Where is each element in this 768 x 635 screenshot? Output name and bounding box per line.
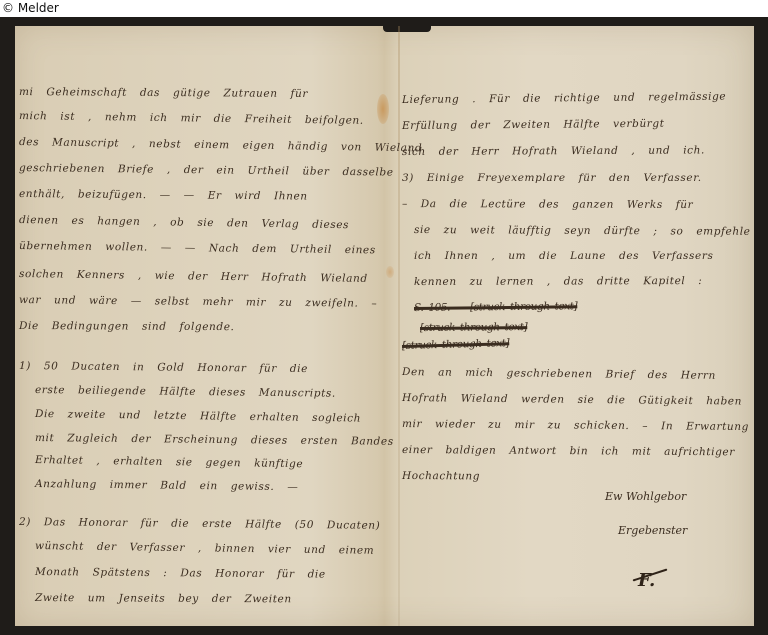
- handwritten-line: Anzahlung immer Bald ein gewiss. —: [35, 478, 299, 493]
- handwritten-line: wünscht der Verfasser , binnen vier und …: [35, 540, 374, 557]
- struck-through-line: S. 105. — [struck through text]: [414, 300, 577, 314]
- handwritten-line: Erhaltet , erhalten sie gegen künftige: [35, 454, 303, 470]
- struck-through-line: [struck through text]: [420, 321, 527, 334]
- letter-sheet: mi Geheimschaft das gütige Zutrauen für …: [15, 26, 754, 626]
- handwritten-line: Monath Spätstens : Das Honorar für die: [35, 566, 326, 581]
- left-page: mi Geheimschaft das gütige Zutrauen für …: [15, 26, 398, 626]
- closing-salutation: Ew Wohlgebor: [605, 490, 686, 503]
- handwritten-line: Erfüllung der Zweiten Hälfte verbürgt: [402, 118, 665, 132]
- handwritten-line: Hochachtung: [402, 470, 480, 482]
- handwritten-line: des Manuscript , nebst einem eigen händi…: [19, 136, 422, 154]
- handwritten-line: erste beiliegende Hälfte dieses Manuscri…: [35, 384, 336, 400]
- handwritten-line: war und wäre — selbst mehr mir zu zweife…: [19, 294, 377, 310]
- handwritten-line: Die zweite und letzte Hälfte erhalten so…: [35, 408, 361, 425]
- copyright-icon: ©: [2, 1, 14, 15]
- handwritten-line: Lieferung . Für die richtige und regelmä…: [402, 91, 726, 106]
- handwritten-line: 3) Einige Freyexemplare für den Verfasse…: [402, 172, 702, 184]
- signature-initial: F.: [638, 570, 655, 591]
- handwritten-line: – Da die Lectüre des ganzen Werks für: [402, 198, 693, 211]
- handwritten-line: übernehmen wollen. — — Nach dem Urtheil …: [19, 240, 376, 256]
- handwritten-line: Den an mich geschriebenen Brief des Herr…: [402, 366, 716, 382]
- handwritten-line: geschriebenen Briefe , der ein Urtheil ü…: [19, 162, 394, 179]
- handwritten-line: mich ist , nehm ich mir die Freiheit bei…: [19, 110, 364, 127]
- handwritten-line: solchen Kenners , wie der Herr Hofrath W…: [19, 268, 368, 285]
- struck-through-line: [struck through text]: [402, 337, 510, 352]
- handwritten-line: 2) Das Honorar für die erste Hälfte (50 …: [19, 516, 380, 532]
- handwritten-line: enthält, beizufügen. — — Er wird Ihnen: [19, 188, 308, 203]
- handwritten-line: sich der Herr Hofrath Wieland , und ich.: [402, 144, 705, 158]
- handwritten-line: Hofrath Wieland werden sie die Gütigkeit…: [402, 392, 742, 408]
- caption-source: Melder: [18, 1, 59, 15]
- handwritten-line: sie zu weit läufftig seyn dürfte ; so em…: [414, 224, 751, 238]
- handwritten-line: mi Geheimschaft das gütige Zutrauen für: [19, 86, 308, 100]
- handwritten-line: kennen zu lernen , das dritte Kapitel :: [414, 275, 702, 288]
- handwritten-line: ich Ihnen , um die Laune des Verfassers: [414, 250, 713, 262]
- scan-background: mi Geheimschaft das gütige Zutrauen für …: [0, 17, 768, 635]
- right-page: Lieferung . Für die richtige und regelmä…: [400, 26, 754, 626]
- handwritten-line: mir wieder zu mir zu schicken. – In Erwa…: [402, 418, 749, 433]
- image-caption: © Melder: [0, 0, 768, 17]
- handwritten-line: mit Zugleich der Erscheinung dieses erst…: [35, 432, 394, 448]
- handwritten-line: 1) 50 Ducaten in Gold Honorar für die: [19, 360, 308, 375]
- handwritten-line: einer baldigen Antwort bin ich mit aufri…: [402, 444, 735, 458]
- handwritten-line: Zweite um Jenseits bey der Zweiten: [35, 592, 292, 605]
- closing-ergebenster: Ergebenster: [618, 524, 687, 537]
- handwritten-line: dienen es hangen , ob sie den Verlag die…: [19, 214, 349, 231]
- handwritten-line: Die Bedingungen sind folgende.: [19, 320, 235, 333]
